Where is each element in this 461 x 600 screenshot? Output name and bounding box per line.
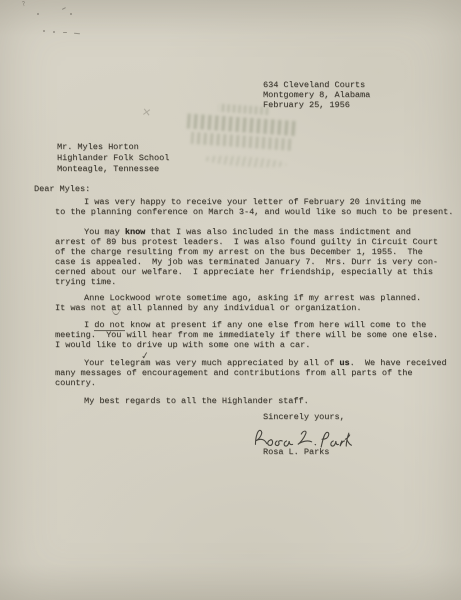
pencil-dot	[37, 13, 39, 15]
pencil-tick	[62, 7, 66, 10]
letter-line: I do not know at present if any one else…	[84, 320, 445, 330]
letter-line: arrest of 89 bus protest leaders. I was …	[55, 237, 445, 247]
regards-line: My best regards to all the Highlander st…	[55, 396, 443, 406]
stamp-line	[202, 154, 286, 170]
scanned-letter-page: ? ✕ 634 Cleveland CourtsMontgomery 8, Al…	[0, 0, 461, 600]
letter-line: country.	[55, 378, 445, 388]
paragraph: Anne Lockwood wrote sometime ago, asking…	[55, 293, 443, 313]
letter-line: 634 Cleveland Courts	[263, 80, 370, 90]
letter-line: Montgomery 8, Alabama	[263, 90, 370, 100]
pencil-dash	[63, 32, 67, 33]
pencil-dot	[70, 13, 72, 15]
letter-line: I was very happy to receive your letter …	[84, 197, 443, 207]
ink-bleedthrough-stamp	[175, 99, 298, 185]
letter-line: Your telegram was very much appreciated …	[84, 358, 445, 368]
pencil-dot	[53, 31, 55, 33]
pencil-dot	[43, 30, 45, 32]
paragraph: You may know that I was also included in…	[55, 227, 445, 287]
letter-line: My best regards to all the Highlander st…	[84, 396, 443, 406]
letter-line: Anne Lockwood wrote sometime ago, asking…	[84, 293, 443, 303]
pencil-squiggle-mark: ?	[21, 0, 26, 8]
pencil-dash	[74, 33, 80, 35]
letter-line: I would like to drive up with some one w…	[55, 340, 445, 350]
letter-line: many messages of encouragement and contr…	[55, 368, 445, 378]
paragraph: Your telegram was very much appreciated …	[55, 358, 445, 388]
letter-line: case is appealed. My job was terminated …	[55, 257, 445, 267]
salutation: Dear Myles:	[34, 184, 90, 194]
letter-line: meeting. You will hear from me immediate…	[55, 330, 445, 340]
letter-line: You may know that I was also included in…	[84, 227, 445, 237]
letter-line: Mr. Myles Horton	[57, 142, 169, 153]
letter-line: Highlander Folk School	[57, 153, 169, 164]
letter-line: of the charge resulting from my arrest o…	[55, 247, 445, 257]
typed-signature-name: Rosa L. Parks	[263, 447, 329, 457]
letter-line: February 25, 1956	[263, 100, 370, 110]
letter-line: Monteagle, Tennessee	[57, 164, 169, 175]
paragraph: I was very happy to receive your letter …	[55, 197, 443, 217]
letter-line: cerned about our welfare. I appreciate h…	[55, 267, 445, 277]
letter-line: to the planning conference on March 3-4,…	[55, 207, 443, 217]
paragraph: I do not know at present if any one else…	[55, 320, 445, 350]
sender-address-block: 634 Cleveland CourtsMontgomery 8, Alabam…	[263, 80, 370, 110]
closing: Sincerely yours,	[263, 412, 345, 422]
stamp-line	[218, 104, 268, 115]
letter-line: It was not at all planned by any individ…	[55, 303, 443, 313]
recipient-address-block: Mr. Myles HortonHighlander Folk SchoolMo…	[57, 142, 169, 175]
handwritten-check-mark: ✓	[140, 350, 150, 362]
letter-line: trying time.	[55, 277, 445, 287]
pencil-x-mark: ✕	[141, 105, 152, 119]
